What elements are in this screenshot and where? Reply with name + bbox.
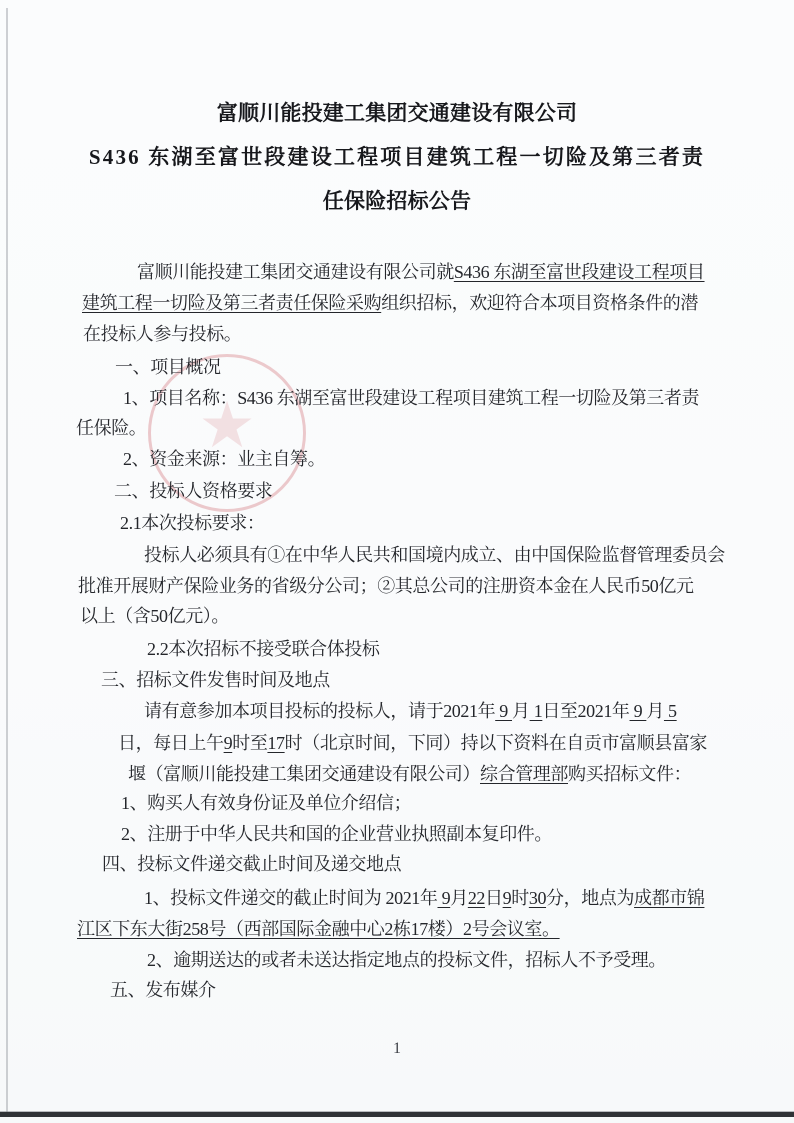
underlined-text-run: 30 <box>529 888 546 908</box>
underlined-text-run: S436 东湖至富世段建设工程项目 <box>454 262 705 282</box>
document-line: 2.1本次投标要求： <box>120 511 265 535</box>
document-line: 一、项目概况 <box>115 355 221 379</box>
document-page: ★ 1 富顺川能投建工集团交通建设有限公司S436 东湖至富世段建设工程项目建筑… <box>0 0 794 1123</box>
document-line: 富顺川能投建工集团交通建设有限公司就S436 东湖至富世段建设工程项目 <box>137 260 705 284</box>
underlined-text-run: 9 <box>224 733 233 753</box>
text-run: 堰（富顺川能投建工集团交通建设有限公司） <box>128 764 480 784</box>
text-run: 任保险招标公告 <box>323 189 471 213</box>
underlined-text-run: 9 <box>503 888 512 908</box>
underlined-text-run: 建筑工程一切险及第三者责任保险采购 <box>82 293 381 313</box>
underlined-text-run: 江区下东大街258号（西部国际金融中心2栋17楼）2号会议室。 <box>77 919 560 939</box>
text-run: 以上（含50亿元）。 <box>80 606 229 626</box>
text-run: 2、逾期送达的或者未送达指定地点的投标文件，招标人不予受理。 <box>147 950 666 970</box>
text-run: 四、投标文件递交截止时间及递交地点 <box>102 854 401 874</box>
underlined-text-run: 17 <box>267 733 284 753</box>
document-line: 1、投标文件递交的截止时间为 2021年 9月22日9时30分，地点为成都市锦 <box>144 886 704 910</box>
document-title-line: 富顺川能投建工集团交通建设有限公司 <box>0 101 794 125</box>
document-line: 建筑工程一切险及第三者责任保险采购组织招标，欢迎符合本项目资格条件的潜 <box>82 291 698 315</box>
document-line: 批准开展财产保险业务的省级分公司；②其总公司的注册资本金在人民币50亿元 <box>78 574 694 598</box>
text-run: 月 <box>646 701 664 721</box>
document-line: 三、招标文件发售时间及地点 <box>101 668 330 692</box>
text-run: 三、招标文件发售时间及地点 <box>101 670 330 690</box>
text-run: 日，每日上午 <box>118 733 224 753</box>
text-run: 2、注册于中华人民共和国的企业营业执照副本复印件。 <box>121 824 552 844</box>
document-title-line: S436 东湖至富世段建设工程项目建筑工程一切险及第三者责 <box>0 145 794 169</box>
text-run: 购买招标文件： <box>568 764 691 784</box>
text-run: 批准开展财产保险业务的省级分公司；②其总公司的注册资本金在人民币50亿元 <box>78 576 694 596</box>
text-run: 1、购买人有效身份证及单位介绍信； <box>121 793 411 813</box>
document-title-line: 任保险招标公告 <box>0 189 794 213</box>
document-line: 江区下东大街258号（西部国际金融中心2栋17楼）2号会议室。 <box>77 917 560 941</box>
underlined-text-run: 22 <box>468 888 485 908</box>
text-run: 投标人必须具有①在中华人民共和国境内成立、由中国保险监督管理委员会 <box>144 545 725 565</box>
text-run: 日至2021年 <box>542 701 629 721</box>
underlined-text-run: 9 <box>495 701 512 721</box>
text-run: 时 <box>511 888 529 908</box>
document-line: 日，每日上午9时至17时（北京时间，下同）持以下资料在自贡市富顺县富家 <box>118 731 707 755</box>
text-run: 1、项目名称：S436 东湖至富世段建设工程项目建筑工程一切险及第三者责 <box>123 388 699 408</box>
underlined-text-run: 1 <box>530 701 543 721</box>
document-line: 请有意参加本项目投标的投标人，请于2021年 9 月 1日至2021年 9 月 … <box>144 699 677 723</box>
scan-bottom-edge-bar <box>0 1112 794 1117</box>
document-line: 在投标人参与投标。 <box>83 322 241 346</box>
document-line: 以上（含50亿元）。 <box>80 604 229 628</box>
text-run: 日 <box>485 888 503 908</box>
text-run: 二、投标人资格要求 <box>114 481 272 501</box>
document-line: 任保险。 <box>76 416 146 440</box>
text-run: 分，地点为 <box>546 888 634 908</box>
document-line: 1、购买人有效身份证及单位介绍信； <box>121 791 411 815</box>
text-run: 富顺川能投建工集团交通建设有限公司就 <box>137 262 454 282</box>
underlined-text-run: 9 <box>438 888 451 908</box>
document-line: 1、项目名称：S436 东湖至富世段建设工程项目建筑工程一切险及第三者责 <box>123 386 699 410</box>
underlined-text-run: 9 <box>630 701 647 721</box>
scan-left-edge-line <box>6 8 8 1115</box>
text-run: 2.1本次投标要求： <box>120 513 265 533</box>
text-run: 时至 <box>232 733 267 753</box>
document-line: 堰（富顺川能投建工集团交通建设有限公司）综合管理部购买招标文件： <box>128 762 691 786</box>
document-line: 2、资金来源：业主自筹。 <box>123 447 325 471</box>
document-line: 投标人必须具有①在中华人民共和国境内成立、由中国保险监督管理委员会 <box>144 543 725 567</box>
document-line: 2.2本次招标不接受联合体投标 <box>147 637 380 661</box>
text-run: 1、投标文件递交的截止时间为 2021年 <box>144 888 438 908</box>
underlined-text-run: 5 <box>664 701 677 721</box>
text-run: 月 <box>450 888 468 908</box>
text-run: 任保险。 <box>76 418 146 438</box>
text-run: 请有意参加本项目投标的投标人，请于2021年 <box>144 701 495 721</box>
text-run: 一、项目概况 <box>115 357 221 377</box>
document-line: 五、发布媒介 <box>110 978 216 1002</box>
text-run: 2、资金来源：业主自筹。 <box>123 449 325 469</box>
document-line: 四、投标文件递交截止时间及递交地点 <box>102 852 401 876</box>
text-run: 在投标人参与投标。 <box>83 324 241 344</box>
text-run: 时（北京时间，下同）持以下资料在自贡市富顺县富家 <box>285 733 707 753</box>
text-run: 五、发布媒介 <box>110 980 216 1000</box>
page-number: 1 <box>0 1040 794 1058</box>
underlined-text-run: 成都市锦 <box>634 888 704 908</box>
text-run: 富顺川能投建工集团交通建设有限公司 <box>217 101 577 125</box>
document-line: 二、投标人资格要求 <box>114 479 272 503</box>
text-run: 组织招标，欢迎符合本项目资格条件的潜 <box>381 293 698 313</box>
document-line: 2、注册于中华人民共和国的企业营业执照副本复印件。 <box>121 822 552 846</box>
text-run: 2.2本次招标不接受联合体投标 <box>147 639 380 659</box>
document-line: 2、逾期送达的或者未送达指定地点的投标文件，招标人不予受理。 <box>147 948 666 972</box>
underlined-text-run: 综合管理部 <box>480 764 568 784</box>
text-run: S436 东湖至富世段建设工程项目建筑工程一切险及第三者责 <box>89 145 705 169</box>
text-run: 月 <box>512 701 530 721</box>
